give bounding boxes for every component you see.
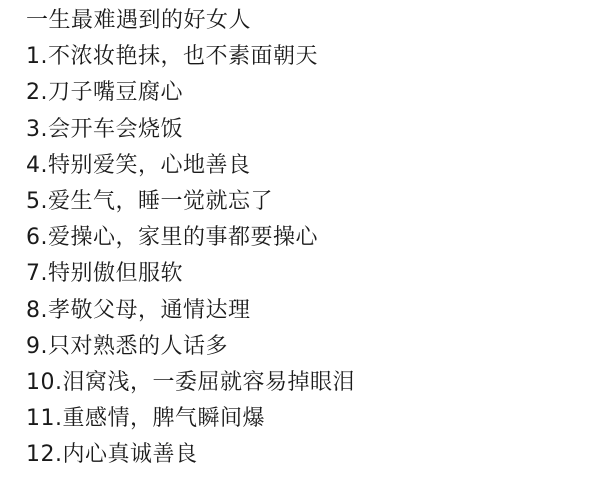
list-item: 3.会开车会烧饭 xyxy=(26,112,355,148)
text-document: 一生最难遇到的好女人 1.不浓妆艳抹，也不素面朝天 2.刀子嘴豆腐心 3.会开车… xyxy=(26,3,355,473)
list-item: 4.特别爱笑，心地善良 xyxy=(26,148,355,184)
list-item: 10.泪窝浅，一委屈就容易掉眼泪 xyxy=(26,365,355,401)
list-item: 6.爱操心，家里的事都要操心 xyxy=(26,220,355,256)
list-item: 11.重感情，脾气瞬间爆 xyxy=(26,401,355,437)
document-title: 一生最难遇到的好女人 xyxy=(26,3,355,39)
list-item: 2.刀子嘴豆腐心 xyxy=(26,75,355,111)
list-item: 9.只对熟悉的人话多 xyxy=(26,329,355,365)
list-item: 1.不浓妆艳抹，也不素面朝天 xyxy=(26,39,355,75)
list-item: 5.爱生气，睡一觉就忘了 xyxy=(26,184,355,220)
list-item: 7.特别傲但服软 xyxy=(26,256,355,292)
list-item: 12.内心真诚善良 xyxy=(26,437,355,473)
list-item: 8.孝敬父母，通情达理 xyxy=(26,293,355,329)
